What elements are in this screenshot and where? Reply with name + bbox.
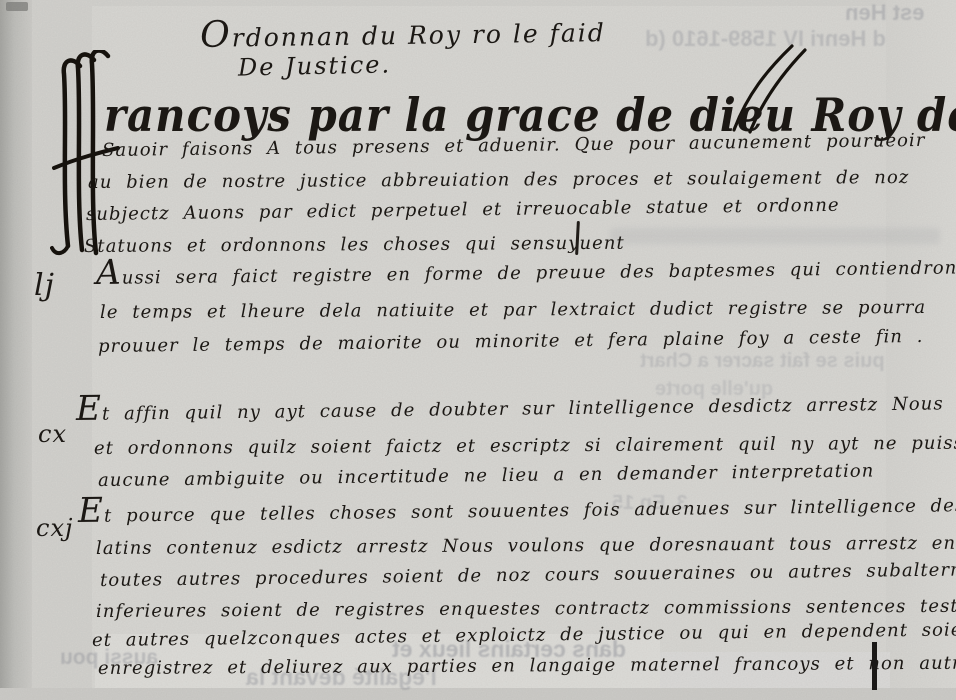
article-marker-cx: cx xyxy=(38,420,67,448)
manuscript-heading-line2: De Justice. xyxy=(238,50,392,81)
show-through-text: est Hen xyxy=(845,0,924,26)
show-through-text: puis se fait sacrer a Chart xyxy=(640,350,885,373)
page-bottom-strip xyxy=(0,688,956,700)
manuscript-heading-line1: Ordonnan du Roy ro le faid xyxy=(200,7,606,56)
show-through-smudge xyxy=(610,228,940,244)
article-marker-lj: lj xyxy=(34,268,55,303)
preamble-line: Statuons et ordonnons les choses qui sen… xyxy=(84,233,625,257)
article-marker-cxj: cxj xyxy=(36,514,73,542)
top-left-edge-mark xyxy=(6,2,28,11)
margin-ink-bar xyxy=(872,642,877,690)
page-edge-shadow xyxy=(0,0,32,700)
manuscript-photograph: est Hen d Henri IV 1589-1610 (d puis se … xyxy=(0,0,956,700)
